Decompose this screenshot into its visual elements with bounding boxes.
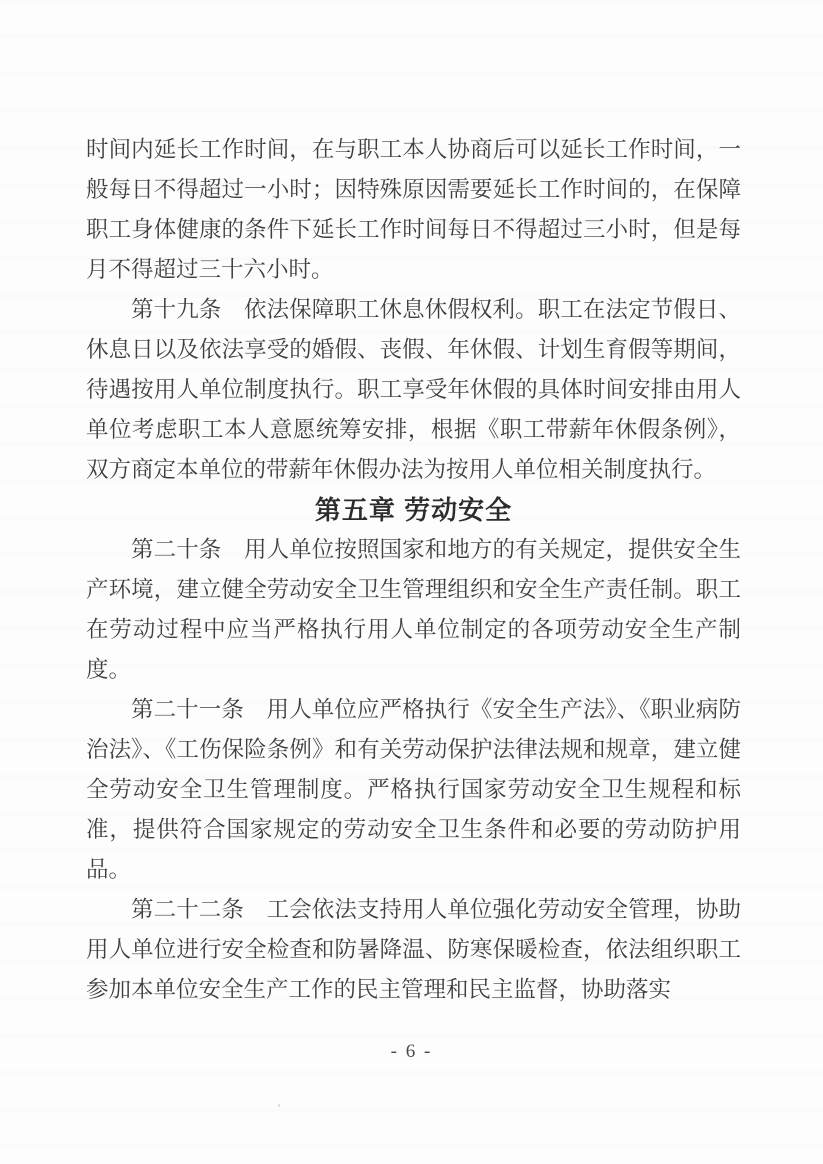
paragraph-article-19: 第十九条 依法保障职工休息休假权利。职工在法定节假日、休息日以及依法享受的婚假、… — [86, 290, 741, 490]
chapter-heading-labor-safety: 第五章 劳动安全 — [86, 490, 741, 530]
paragraph-article-21: 第二十一条 用人单位应严格执行《安全生产法》、《职业病防治法》、《工伤保险条例》… — [86, 690, 741, 890]
paragraph-article-20: 第二十条 用人单位按照国家和地方的有关规定，提供安全生产环境，建立健全劳动安全卫… — [86, 530, 741, 690]
paragraph-article-22: 第二十二条 工会依法支持用人单位强化劳动安全管理，协助用人单位进行安全检查和防暑… — [86, 890, 741, 1010]
paragraph-overtime-continuation: 时间内延长工作时间，在与职工本人协商后可以延长工作时间，一般每日不得超过一小时；… — [86, 130, 741, 290]
page-number: - 6 - — [0, 1042, 823, 1062]
scan-artifact — [278, 1104, 280, 1107]
scan-artifact — [112, 592, 115, 595]
document-text-block: 时间内延长工作时间，在与职工本人协商后可以延长工作时间，一般每日不得超过一小时；… — [86, 130, 741, 1010]
document-page: 时间内延长工作时间，在与职工本人协商后可以延长工作时间，一般每日不得超过一小时；… — [0, 0, 823, 1164]
